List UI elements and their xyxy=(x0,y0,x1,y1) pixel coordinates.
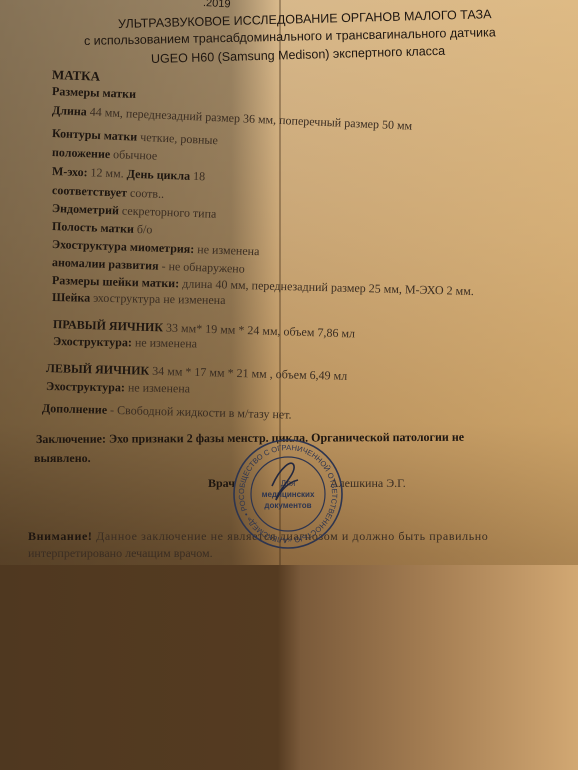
length-value: 44 мм, переднезадний размер 36 мм, попер… xyxy=(90,105,413,133)
endometrium-label: Эндометрий xyxy=(52,201,119,217)
left-ovary-echo-label: Эхоструктура: xyxy=(46,379,125,394)
doctor-label: Врач xyxy=(208,476,235,490)
mecho-value: 12 мм. xyxy=(90,165,124,180)
anomalies-label: аномалии развития xyxy=(52,255,159,273)
uterus-size-heading: Размеры матки xyxy=(52,84,137,102)
addition-label: Дополнение xyxy=(42,401,107,417)
warning-label: Внимание! xyxy=(28,529,92,543)
cycle-label: День цикла xyxy=(126,167,190,183)
myometrium-label: Эхоструктура миометрия: xyxy=(52,237,195,256)
cavity-label: Полость матки xyxy=(52,219,134,236)
report-date: .2019 xyxy=(203,0,231,10)
length-label: Длина xyxy=(52,103,87,119)
cervix-size-value: длина 40 мм, переднезадний размер 25 мм,… xyxy=(182,276,474,298)
position-label: положение xyxy=(52,145,111,161)
stamp-line3: документов xyxy=(264,501,311,510)
addition-value: - Свободной жидкости в м/тазу нет. xyxy=(110,403,292,422)
cavity-row: Полость матки б/о xyxy=(52,219,153,237)
ultrasound-report: .2019 УЛЬТРАЗВУКОВОЕ ИССЛЕДОВАНИЕ ОРГАНО… xyxy=(0,0,578,770)
left-ovary-label: ЛЕВЫЙ ЯИЧНИК xyxy=(46,361,150,378)
corresponds-label: соответствует xyxy=(52,183,128,200)
cervix-label: Шейка xyxy=(52,290,90,305)
corresponds-row: соответствует соотв.. xyxy=(52,183,165,202)
clinic-stamp: ОБЩЕСТВО С ОГРАНИЧЕННОЙ ОТВЕТСТВЕННОСТЬЮ… xyxy=(232,438,344,550)
warning-line2: интерпретировано лечащим врачом. xyxy=(28,546,213,561)
myometrium-value: не изменена xyxy=(197,242,260,258)
left-ovary-value: 34 мм * 17 мм * 21 мм , объем 6,49 мл xyxy=(152,364,347,383)
right-ovary-label: ПРАВЫЙ ЯИЧНИК xyxy=(53,317,163,334)
right-ovary-echo-row: Эхоструктура: не изменена xyxy=(53,334,197,352)
contours-value: четкие, ровные xyxy=(140,130,218,147)
conclusion-label: Заключение: xyxy=(36,432,106,446)
mecho-label: М-эхо: xyxy=(52,164,88,179)
left-ovary-echo-row: Эхоструктура: не изменена xyxy=(46,379,190,397)
cervix-size-label: Размеры шейки матки: xyxy=(52,273,180,290)
cycle-value: 18 xyxy=(193,169,205,183)
endometrium-value: секреторного типа xyxy=(122,203,217,220)
right-ovary-echo-value: не изменена xyxy=(135,335,197,350)
right-ovary-echo-label: Эхоструктура: xyxy=(53,334,132,349)
corresponds-value: соотв.. xyxy=(130,186,165,201)
cervix-value: эхоструктура не изменена xyxy=(93,291,226,307)
endometrium-row: Эндометрий секреторного типа xyxy=(52,201,217,222)
uterus-heading: МАТКА xyxy=(52,67,101,85)
cavity-value: б/о xyxy=(137,222,153,237)
contours-label: Контуры матки xyxy=(52,126,138,144)
mecho-row: М-эхо: 12 мм. День цикла 18 xyxy=(52,164,206,184)
position-value: обычное xyxy=(113,147,158,163)
stamp-line2: медицинских xyxy=(262,490,315,499)
left-ovary-echo-value: не изменена xyxy=(128,380,190,395)
cervix-row: Шейка эхоструктура не изменена xyxy=(52,290,226,308)
device-info: UGEO H60 (Samsung Medison) экспертного к… xyxy=(151,44,446,66)
addition-row: Дополнение - Свободной жидкости в м/тазу… xyxy=(42,401,292,423)
conclusion-line2: выявлено. xyxy=(34,451,91,466)
anomalies-value: - не обнаружено xyxy=(161,259,245,276)
uterus-position-row: положение обычное xyxy=(52,145,158,164)
